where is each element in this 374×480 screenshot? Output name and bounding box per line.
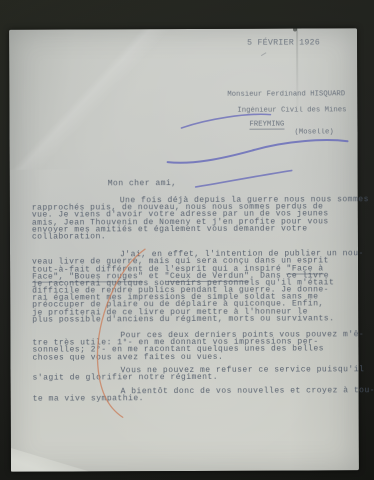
- letter-date: 5 FÉVRIER 1926: [247, 38, 320, 47]
- letter-body: Une fois déjà depuis la guerre nous nous…: [32, 195, 363, 402]
- pencil-tick-under-date: [261, 53, 266, 56]
- letter-line: A bientôt donc de vos nouvelles et croye…: [33, 386, 363, 395]
- recipient-title: Ingénieur Civil des Mines: [237, 106, 346, 114]
- recipient-city: FREYMING: [249, 121, 284, 130]
- letter-paragraph: Pour ces deux derniers points vous pouve…: [32, 330, 362, 360]
- recipient-name: Monsieur Ferdinand HISQUARD: [227, 90, 345, 99]
- salutation: Mon cher ami,: [108, 179, 177, 188]
- blue-scribble-2: [168, 140, 348, 163]
- letter-page: 5 FÉVRIER 1926 Monsieur Ferdinand HISQUA…: [9, 28, 359, 472]
- scan-background: 5 FÉVRIER 1926 Monsieur Ferdinand HISQUA…: [0, 0, 374, 480]
- letter-paragraph: Une fois déjà depuis la guerre nous nous…: [32, 195, 362, 240]
- recipient-region: (Moselle): [294, 128, 333, 136]
- blue-scribble-3: [196, 171, 292, 187]
- letter-paragraph: J'ai, en effet, l'intention de publier u…: [32, 249, 362, 322]
- page-corner-fold: [11, 437, 89, 471]
- letter-paragraph: A bientôt donc de vos nouvelles et croye…: [33, 386, 363, 402]
- letter-paragraph: Vous ne pouvez me refuser ce service pui…: [33, 365, 363, 381]
- staple-mark: [293, 29, 297, 32]
- letter-line: plus possible d'anciens du régiment, mor…: [32, 314, 362, 323]
